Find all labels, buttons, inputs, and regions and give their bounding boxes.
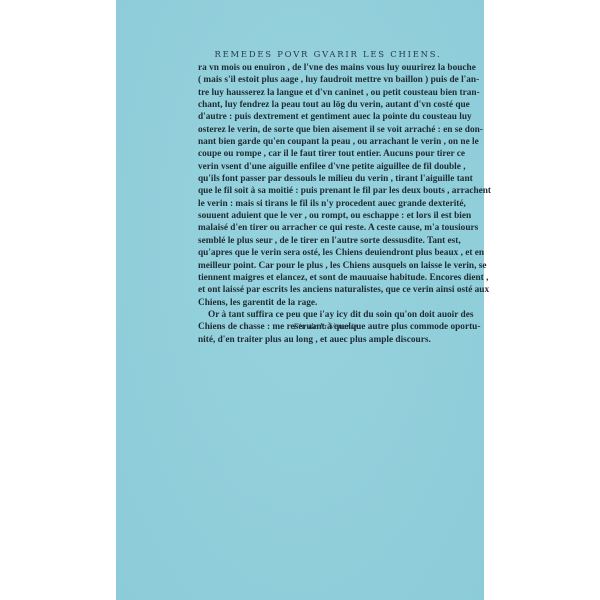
text-line: que le fil soit à sa moitié : puis prena… — [198, 185, 455, 197]
text-line: chant, luy fendrez la peau tout au lōg d… — [198, 99, 455, 111]
text-line: Or à tant suffira ce peu que i'ay icy di… — [198, 309, 455, 321]
text-line: qu'apres que le verin sera osté, les Chi… — [198, 247, 455, 259]
text-line: tre luy hausserez la langue et d'vn cani… — [198, 87, 455, 99]
text-line: d'autre : puis dextrement et gentiment a… — [198, 111, 455, 123]
page-heading: REMEDES POVR GVARIR LES CHIENS. — [198, 49, 458, 59]
end-colophon: Fin de la Venerie. — [198, 321, 455, 331]
body-text: ra vn mois ou enuiron , de l'vne des mai… — [198, 62, 455, 346]
text-line: nité, d'en traiter plus au long , et aue… — [198, 334, 455, 346]
text-line: le verin : mais si tirans le fil ils n'y… — [198, 198, 455, 210]
text-line: semblé le plus seur , de le tirer en l'a… — [198, 235, 455, 247]
text-line: malaisé d'en tirer ou arracher ce qui re… — [198, 222, 455, 234]
text-line: coupe ou rompe , car il le faut tirer to… — [198, 148, 455, 160]
text-line: meilleur point. Car pour le plus , les C… — [198, 260, 455, 272]
text-line: Chiens, les garentit de la rage. — [198, 297, 455, 309]
text-line: et ont laissé par escrits les anciens na… — [198, 284, 455, 296]
text-line: ra vn mois ou enuiron , de l'vne des mai… — [198, 62, 455, 74]
text-line: souuent aduient que le ver , ou rompt, o… — [198, 210, 455, 222]
text-line: verin vsent d'une aiguille enfilee d'vne… — [198, 161, 455, 173]
text-line: qu'ils font passer par dessouls le milie… — [198, 173, 455, 185]
text-line: tiennent maigres et elancez, et sont de … — [198, 272, 455, 284]
text-line: ( mais s'il estoit plus aage , luy faudr… — [198, 74, 455, 86]
text-line: osterez le verin, de sorte que bien aise… — [198, 124, 455, 136]
text-line: nant bien garde qu'en coupant la peau , … — [198, 136, 455, 148]
